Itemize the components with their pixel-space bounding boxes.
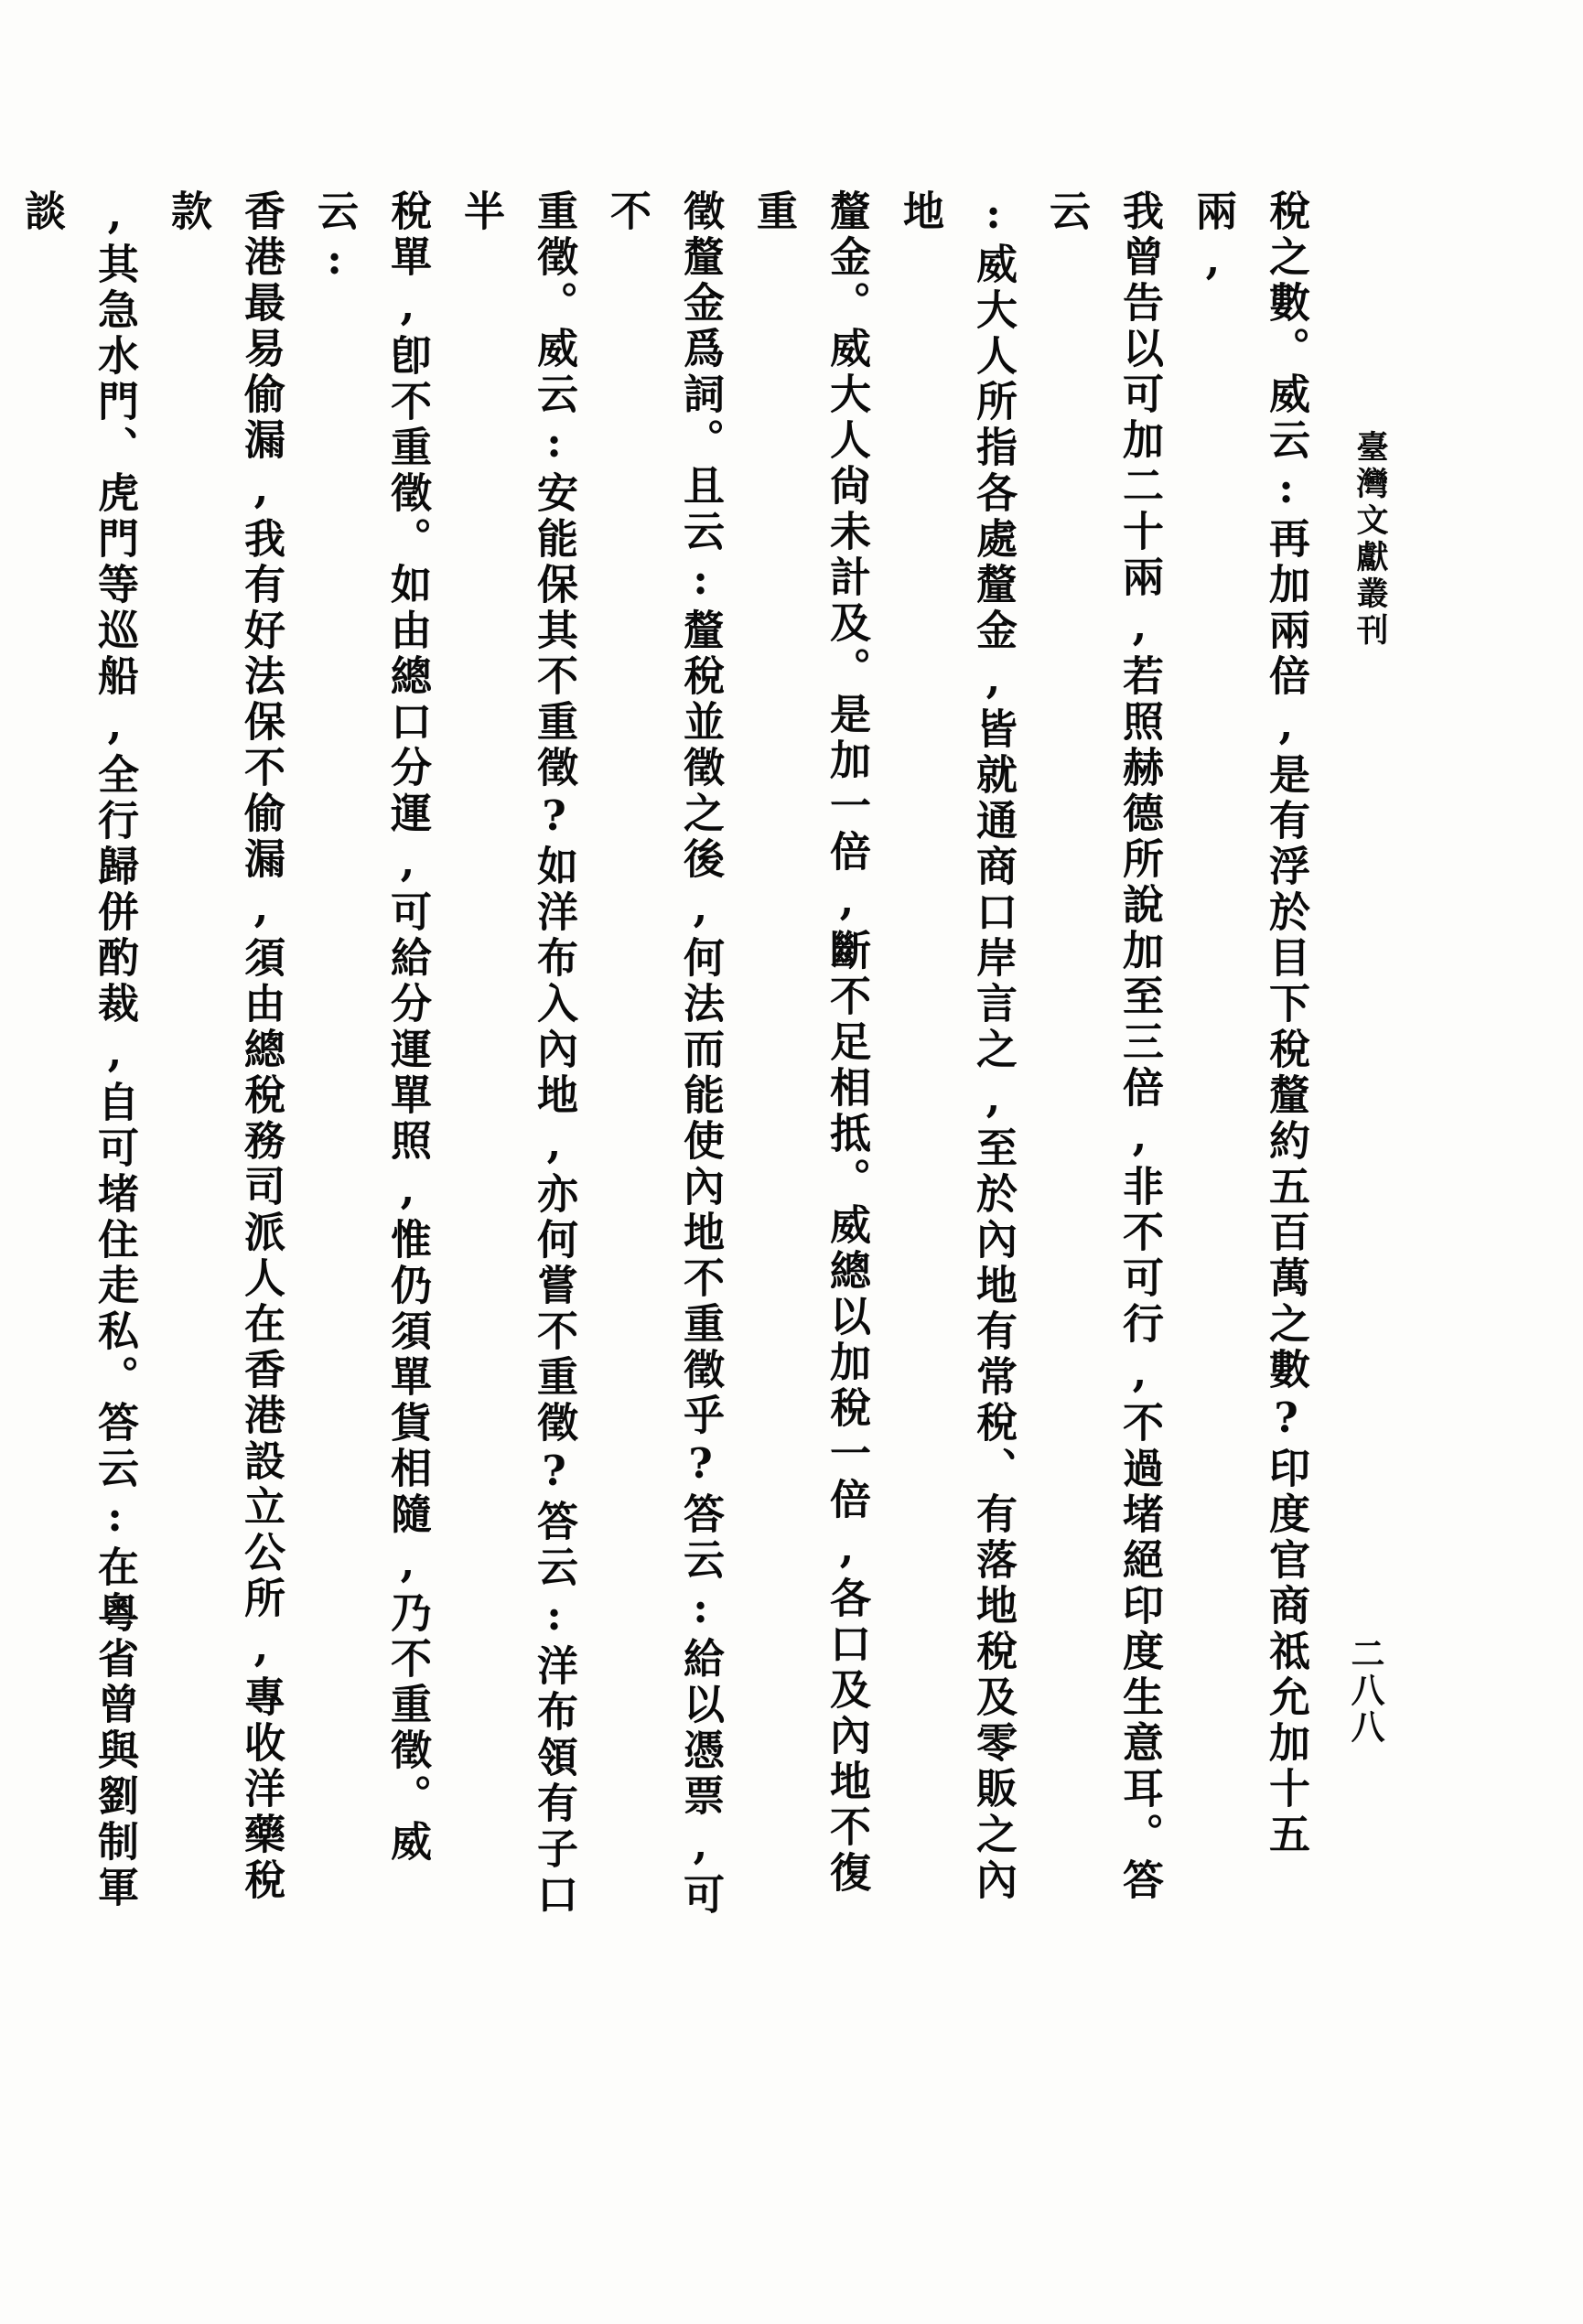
series-title: 臺灣文獻叢刊 (1351, 430, 1388, 650)
text-column-1: 稅之數。威云:再加兩倍,是有浮於目下稅釐約五百萬之數?印度官商祗允加十五兩, (1176, 189, 1322, 1942)
book-page: { "page": { "series_title": "臺灣文獻叢刊", "p… (0, 0, 1583, 2324)
text-column-9: ,其急水門、虎門等巡船,全行歸併酌裁,自可堵住走私。答云:在粵省曾與劉制軍談 (5, 189, 151, 1942)
text-column-6: 重徵。威云:安能保其不重徵?如洋布入內地,亦何嘗不重徵?答云:洋布領有子口半 (444, 189, 590, 1942)
text-column-2: 我曾告以可加二十兩,若照赫德所說加至三倍,非不可行,不過堵絕印度生意耳。答云 (1029, 189, 1176, 1942)
text-column-3: :威大人所指各處釐金,皆就通商口岸言之,至於內地有常稅、有落地稅及零販之內地 (883, 189, 1029, 1942)
text-column-8: 香港最易偷漏,我有好法保不偷漏,須由總稅務司派人在香港設立公所,專收洋藥稅款 (151, 189, 297, 1942)
page-number: 二八八 (1346, 1636, 1384, 1746)
text-column-4: 釐金。威大人尙未計及。是加一倍,斷不足相抵。威總以加稅一倍,各口及內地不復重 (737, 189, 883, 1942)
text-column-7: 稅單,卽不重徵。如由總口分運,可給分運單照,惟仍須單貨相隨,乃不重徵。威云: (297, 189, 444, 1942)
text-column-10: 過否?威云:劉制軍推諉不理,無從商量。 (0, 189, 5, 1942)
text-block: 稅之數。威云:再加兩倍,是有浮於目下稅釐約五百萬之數?印度官商祗允加十五兩, 我… (0, 189, 1322, 1942)
text-column-5: 徵釐金爲詞。且云:釐稅並徵之後,何法而能使內地不重徵乎?答云:給以憑票,可不 (590, 189, 737, 1942)
